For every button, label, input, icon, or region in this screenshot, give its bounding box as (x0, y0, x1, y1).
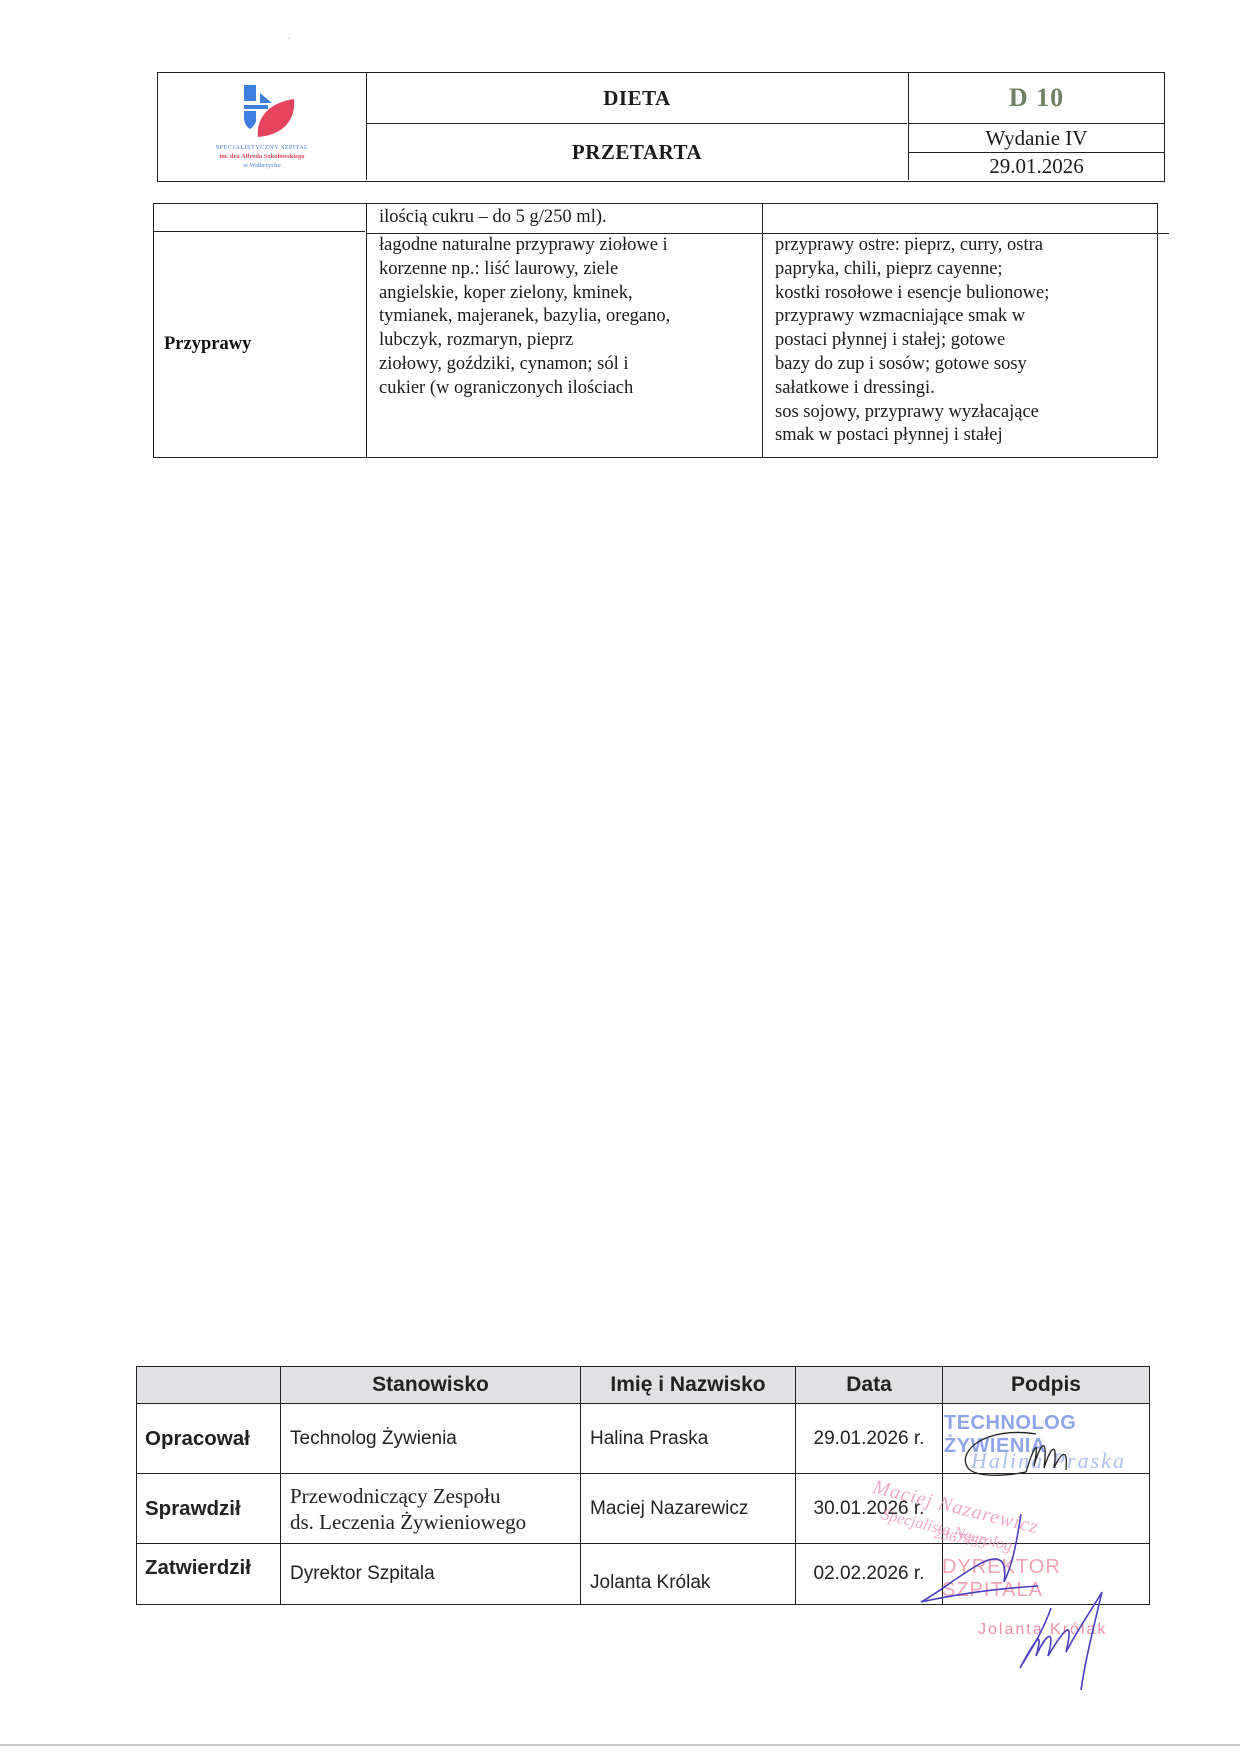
name-prepared: Halina Praska (580, 1403, 796, 1474)
table-cell-allowed: ilością cukru – do 5 g/250 ml). (366, 204, 774, 234)
name-checked: Maciej Nazarewicz (580, 1473, 796, 1544)
name-approved: Jolanta Królak (580, 1543, 796, 1605)
page-bottom-edge (0, 1744, 1240, 1746)
diet-name: PRZETARTA (572, 140, 702, 165)
hospital-logo-icon (238, 81, 298, 141)
table-cell-label (154, 204, 365, 232)
document-header: SPECJALISTYCZNY SZPITAL im. dra Alfreda … (157, 72, 1165, 182)
table-cell-forbidden-spices: przyprawy ostre: pieprz, curry, ostra pa… (762, 232, 1169, 458)
header-cell-empty (136, 1366, 281, 1404)
position-approved: Dyrektor Szpitala (280, 1543, 581, 1605)
table-cell-forbidden (762, 204, 1169, 234)
position-checked: Przewodniczący Zespołu ds. Leczenia Żywi… (280, 1473, 581, 1544)
diet-code: D 10 (1009, 83, 1064, 113)
logo-line-2: im. dra Alfreda Sokołowskiego (166, 152, 358, 161)
logo-line-3: w Wałbrzychu (166, 161, 358, 170)
header-date: Data (795, 1366, 943, 1404)
title-bottom-cell: PRZETARTA (367, 124, 907, 180)
document-meta: D 10 Wydanie IV 29.01.2026 (908, 73, 1164, 180)
role-checked: Sprawdził (136, 1473, 281, 1544)
scan-artifact (288, 38, 290, 39)
table-row-label-spices: Przyprawy (154, 232, 365, 456)
code-cell: D 10 (909, 73, 1164, 124)
header-name: Imię i Nazwisko (580, 1366, 796, 1404)
header-position: Stanowisko (280, 1366, 581, 1404)
logo-caption: SPECJALISTYCZNY SZPITAL im. dra Alfreda … (166, 143, 358, 170)
issue-date: 29.01.2026 (989, 154, 1084, 179)
edition: Wydanie IV (986, 126, 1088, 151)
logo-line-1: SPECJALISTYCZNY SZPITAL (166, 143, 358, 152)
edition-cell: Wydanie IV (909, 124, 1164, 153)
title-top-cell: DIETA (367, 73, 907, 124)
position-prepared: Technolog Żywienia (280, 1403, 581, 1474)
date-cell: 29.01.2026 (909, 153, 1164, 180)
diet-table: ilością cukru – do 5 g/250 ml). Przypraw… (153, 203, 1158, 458)
role-prepared: Opracował (136, 1403, 281, 1474)
logo-cell: SPECJALISTYCZNY SZPITAL im. dra Alfreda … (158, 73, 367, 180)
header-signature: Podpis (942, 1366, 1150, 1404)
diet-label: DIETA (603, 86, 670, 111)
role-approved: Zatwierdził (136, 1543, 281, 1605)
handwritten-signatures-icon (916, 1406, 1156, 1696)
table-cell-allowed-spices: łagodne naturalne przyprawy ziołowe i ko… (366, 232, 774, 458)
approval-table: Stanowisko Imię i Nazwisko Data Podpis O… (136, 1366, 1150, 1606)
